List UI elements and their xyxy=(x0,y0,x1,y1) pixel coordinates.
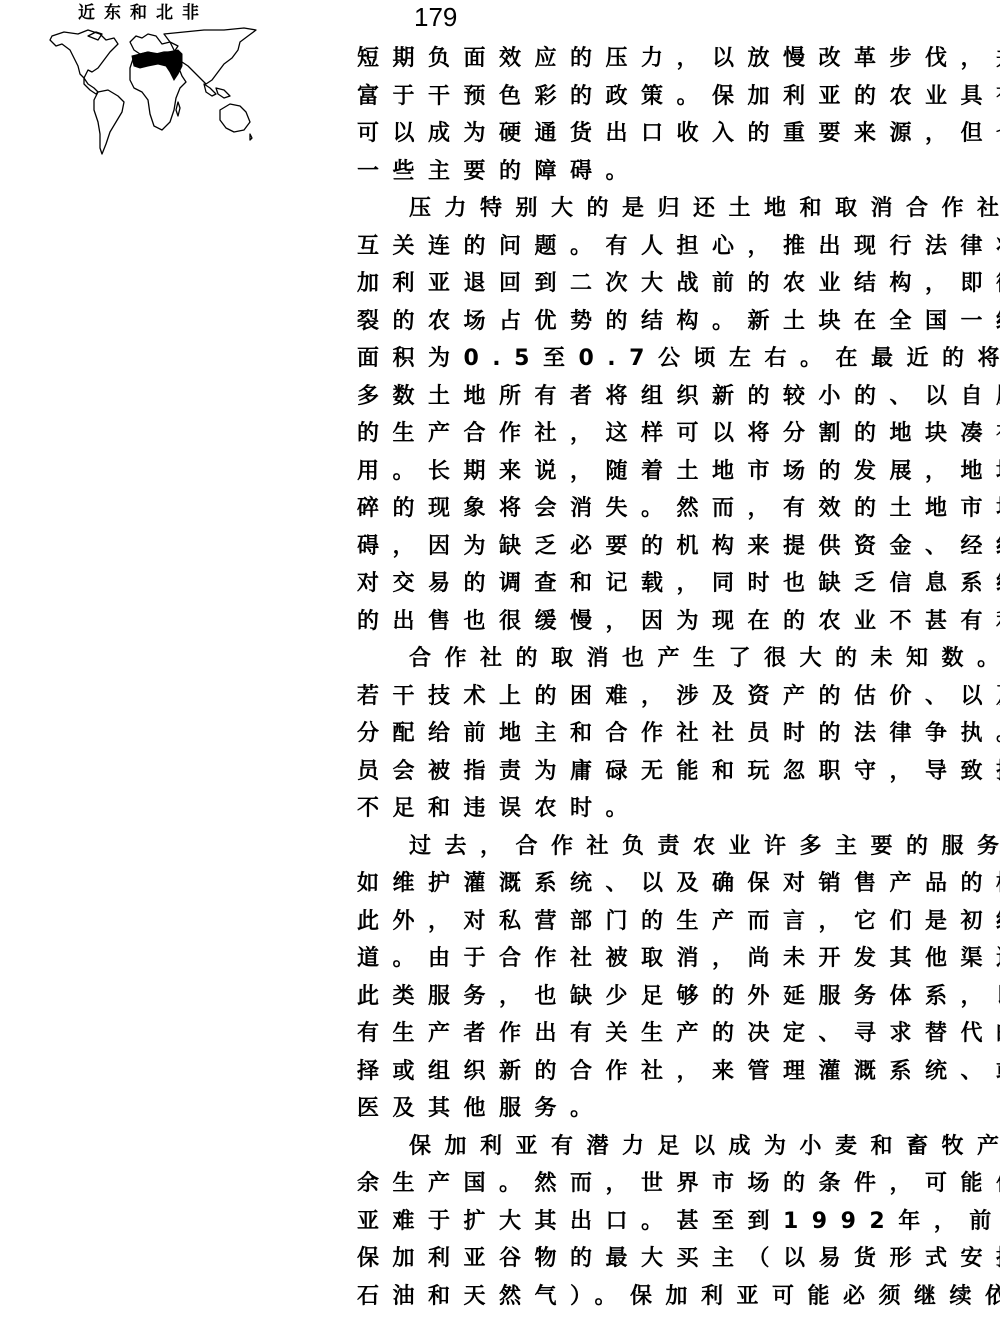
text-line: 有生产者作出有关生产的决定、寻求替代的市场选 xyxy=(357,1015,949,1053)
section-title: 近东和北非 xyxy=(78,2,238,24)
text-line: 员会被指责为庸碌无能和玩忽职守，导致播种准备 xyxy=(357,753,949,791)
text-line: 加利亚退回到二次大战前的农业结构，即微小、割 xyxy=(357,265,949,303)
text-line: 合作社的取消也产生了很大的未知数。出现了 xyxy=(357,640,949,678)
paragraph: 合作社的取消也产生了很大的未知数。出现了 若干技术上的困难，涉及资产的估价、以及… xyxy=(357,640,949,828)
paragraph: 压力特别大的是归还土地和取消合作社这样相 互关连的问题。有人担心，推出现行法律将… xyxy=(357,190,949,640)
highlighted-region xyxy=(132,50,182,80)
text-line: 互关连的问题。有人担心，推出现行法律将会使保 xyxy=(357,228,949,266)
text-line: 保加利亚谷物的最大买主（以易货形式安排，换取 xyxy=(357,1240,949,1278)
text-line: 短期负面效应的压力，以放慢改革步伐，并执行更 xyxy=(357,40,949,78)
text-line: 富于干预色彩的政策。保加利亚的农业具有潜力， xyxy=(357,78,949,116)
text-line: 可以成为硬通货出口收入的重要来源，但也还存在 xyxy=(357,115,949,153)
text-line: 石油和天然气）。保加利亚可能必须继续依赖这一 xyxy=(357,1278,949,1316)
text-line: 面积为0.5至0.7公顷左右。在最近的将来，估计大 xyxy=(357,340,949,378)
text-line: 用。长期来说，随着土地市场的发展，地块支离破 xyxy=(357,453,949,491)
text-line: 医及其他服务。 xyxy=(357,1090,949,1128)
text-line: 亚难于扩大其出口。甚至到1992年，前苏联仍然是 xyxy=(357,1203,949,1241)
text-line: 分配给前地主和合作社社员时的法律争执。清产委 xyxy=(357,715,949,753)
text-line: 多数土地所有者将组织新的较小的、以自愿为原则 xyxy=(357,378,949,416)
text-line: 此类服务，也缺少足够的外延服务体系，以帮助私 xyxy=(357,978,949,1016)
text-line: 如维护灌溉系统、以及确保对销售产品的植物检疫。 xyxy=(357,865,949,903)
text-line: 过去，合作社负责农业许多主要的服务项目， xyxy=(357,828,949,866)
text-line: 碍，因为缺乏必要的机构来提供资金、经纪人服务、 xyxy=(357,528,949,566)
text-line: 一些主要的障碍。 xyxy=(357,153,949,191)
paragraph: 过去，合作社负责农业许多主要的服务项目， 如维护灌溉系统、以及确保对销售产品的植… xyxy=(357,828,949,1128)
text-line: 不足和违误农时。 xyxy=(357,790,949,828)
paragraph: 短期负面效应的压力，以放慢改革步伐，并执行更 富于干预色彩的政策。保加利亚的农业… xyxy=(357,40,949,190)
text-line: 余生产国。然而，世界市场的条件，可能使保加利 xyxy=(357,1165,949,1203)
text-line: 此外，对私营部门的生产而言，它们是初级销售渠 xyxy=(357,903,949,941)
text-line: 压力特别大的是归还土地和取消合作社这样相 xyxy=(357,190,949,228)
text-line: 若干技术上的困难，涉及资产的估价、以及将资产 xyxy=(357,678,949,716)
text-line: 的出售也很缓慢，因为现在的农业不甚有利可图。 xyxy=(357,603,949,641)
text-line: 碎的现象将会消失。然而，有效的土地市场受到阻 xyxy=(357,490,949,528)
text-line: 裂的农场占优势的结构。新土块在全国一级的平均 xyxy=(357,303,949,341)
world-map-icon xyxy=(44,22,259,158)
text-line: 保加利亚有潜力足以成为小麦和畜牧产品的剩 xyxy=(357,1128,949,1166)
page-number: 179 xyxy=(414,0,457,34)
text-line: 择或组织新的合作社，来管理灌溉系统、或提供兽 xyxy=(357,1053,949,1091)
text-line: 的生产合作社，这样可以将分割的地块凑在一起使 xyxy=(357,415,949,453)
body-text: 短期负面效应的压力，以放慢改革步伐，并执行更 富于干预色彩的政策。保加利亚的农业… xyxy=(357,40,949,1315)
text-line: 对交易的调查和记载，同时也缺乏信息系统。土地 xyxy=(357,565,949,603)
paragraph: 保加利亚有潜力足以成为小麦和畜牧产品的剩 余生产国。然而，世界市场的条件，可能使… xyxy=(357,1128,949,1316)
text-line: 道。由于合作社被取消，尚未开发其他渠道以提供 xyxy=(357,940,949,978)
